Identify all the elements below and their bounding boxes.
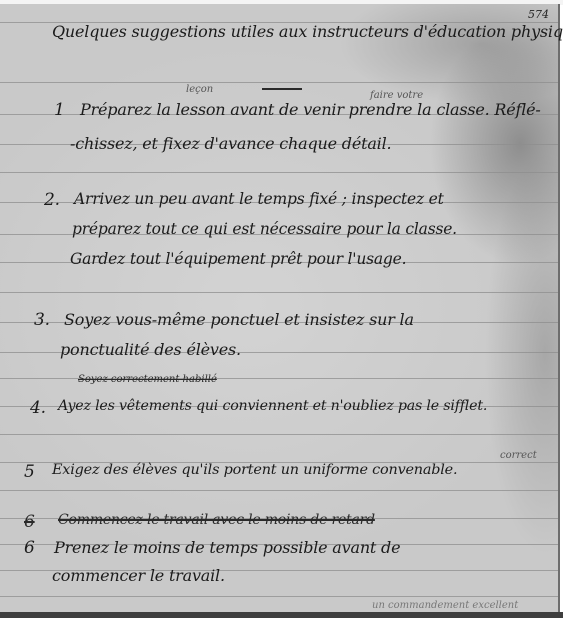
insertion-struck-habille: Soyez correctement habillé — [78, 374, 217, 385]
item-1-line-2: -chissez, et fixez d'avance chaque détai… — [70, 134, 391, 153]
item-3-number: 3. — [34, 310, 50, 330]
item-3-line-2: ponctualité des élèves. — [60, 340, 241, 359]
page-title: Quelques suggestions utiles aux instruct… — [52, 22, 563, 41]
page-number: 574 — [528, 8, 549, 21]
struck-number-6: 6 — [24, 512, 35, 532]
item-4-line-1: Ayez les vêtements qui conviennent et n'… — [58, 398, 487, 414]
item-2-line-1: Arrivez un peu avant le temps fixé ; ins… — [74, 190, 444, 208]
item-6-number: 6 — [24, 538, 35, 558]
scan-bottom-edge — [0, 612, 563, 618]
ruled-line — [0, 292, 558, 293]
overline-mark — [262, 88, 302, 90]
faint-footer-text: un commandement excellent — [372, 600, 518, 611]
item-2-line-2: préparez tout ce qui est nécessaire pour… — [72, 220, 457, 238]
ruled-line — [0, 596, 558, 597]
item-1-line-1: Préparez la lesson avant de venir prendr… — [80, 100, 541, 119]
ruled-line — [0, 490, 558, 491]
ruled-line — [0, 172, 558, 173]
item-4-number: 4. — [30, 398, 46, 418]
item-1-number: 1 — [54, 100, 65, 120]
item-2-line-3: Gardez tout l'équipement prêt pour l'usa… — [70, 250, 406, 268]
struck-line: Commencez le travail avec le moins de re… — [58, 512, 375, 528]
item-5-line-1: Exigez des élèves qu'ils portent un unif… — [52, 462, 457, 478]
item-6-line-2: commencer le travail. — [52, 566, 225, 585]
item-5-number: 5 — [24, 462, 35, 482]
insertion-lecon: leçon — [186, 84, 213, 95]
insertion-correct: correct — [500, 450, 537, 461]
ruled-line — [0, 434, 558, 435]
item-2-number: 2. — [44, 190, 60, 210]
handwritten-page: 574 Quelques suggestions utiles aux inst… — [0, 4, 560, 612]
item-6-line-1: Prenez le moins de temps possible avant … — [54, 538, 400, 557]
item-3-line-1: Soyez vous-même ponctuel et insistez sur… — [64, 310, 414, 329]
ruled-line — [0, 82, 558, 83]
